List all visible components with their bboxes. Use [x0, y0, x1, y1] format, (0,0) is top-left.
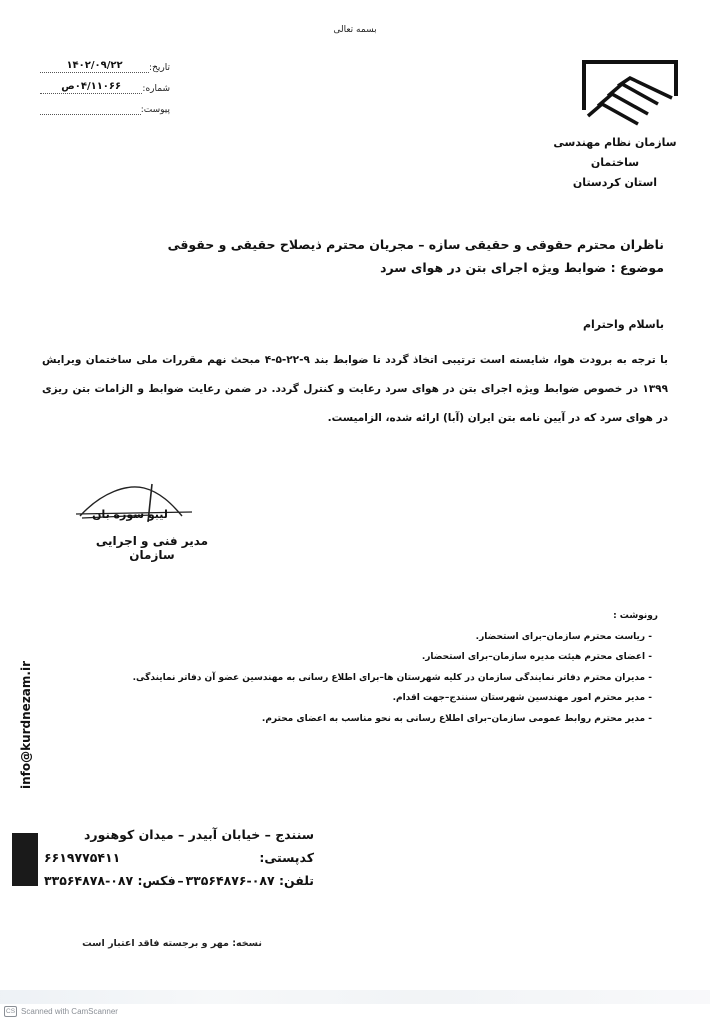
greeting: باسلام واحترام — [583, 318, 664, 331]
address-text: سنندج – خیابان آبیدر – میدان کوهنورد — [84, 823, 314, 846]
postal-label: کدپستی: — [259, 846, 314, 869]
camscanner-text: Scanned with CamScanner — [21, 1007, 118, 1016]
camscanner-watermark: CS Scanned with CamScanner — [4, 1006, 118, 1017]
signer-title: مدیر فنی و اجرایی سازمان — [72, 534, 232, 562]
fax-number: ۰۸۷-۳۳۵۶۴۸۷۸ — [44, 873, 133, 888]
camscanner-icon: CS — [4, 1006, 17, 1017]
organization-name: سازمان نظام مهندسی ساختمان استان کردستان — [540, 133, 690, 193]
meta-attachment: پیوست: — [40, 94, 170, 115]
letter-heading: ناظران محترم حقوقی و حقیقی سازه – مجریان… — [104, 233, 664, 279]
qr-code-icon — [12, 833, 38, 886]
address-line: سنندج – خیابان آبیدر – میدان کوهنورد — [44, 823, 314, 846]
letter-body: با ترجه به برودت هوا، شایسته است ترتیبی … — [42, 346, 668, 433]
meta-number: شماره: ۰۴/۱۱۰۶۶ص — [40, 73, 170, 94]
attachment-value — [40, 113, 141, 115]
meta-date: تاریخ: ۱۴۰۲/۰۹/۲۲ — [40, 52, 170, 73]
cc-item: اعضای محترم هیئت مدیره سازمان–برای استحض… — [198, 647, 658, 668]
footer-address-block: سنندج – خیابان آبیدر – میدان کوهنورد کدپ… — [44, 823, 314, 892]
number-value: ۰۴/۱۱۰۶۶ص — [40, 81, 142, 94]
org-name-line2: استان کردستان — [540, 173, 690, 193]
addressee: ناظران محترم حقوقی و حقیقی سازه – مجریان… — [104, 233, 664, 256]
scan-artifact-band — [0, 990, 710, 1004]
date-value: ۱۴۰۲/۰۹/۲۲ — [40, 60, 149, 73]
postal-code: ۶۶۱۹۷۷۵۴۱۱ — [44, 846, 120, 869]
phone-label: تلفن: — [279, 873, 314, 888]
date-label: تاریخ: — [149, 63, 170, 73]
cc-item: مدیران محترم دفاتر نمایندگی سازمان در کل… — [198, 668, 658, 689]
signer-name: لیبو سوره بان — [70, 508, 190, 521]
carbon-copy-list: رونوشت : ریاست محترم سازمان–برای استحضار… — [198, 606, 658, 729]
building-roof-logo-icon — [580, 58, 680, 130]
subject: موضوع : ضوابط ویژه اجرای بتن در هوای سرد — [104, 256, 664, 279]
fax-label: فکس: — [138, 873, 176, 888]
validity-note: نسخه: مهر و برجسته فاقد اعتبار است — [72, 938, 272, 949]
cc-item: مدیر محترم امور مهندسین شهرستان سنندج–جه… — [198, 688, 658, 709]
cc-item: مدیر محترم روابط عمومی سازمان–برای اطلاع… — [198, 709, 658, 730]
org-name-line1: سازمان نظام مهندسی ساختمان — [540, 133, 690, 173]
cc-heading: رونوشت : — [198, 606, 658, 627]
contact-email: info@kurdnezam.ir — [19, 645, 33, 805]
phone-fax-line: تلفن: ۰۸۷-۳۳۵۶۴۸۷۶ – فکس: ۰۸۷-۳۳۵۶۴۸۷۸ — [44, 869, 314, 892]
postal-line: کدپستی: ۶۶۱۹۷۷۵۴۱۱ — [44, 846, 314, 869]
number-label: شماره: — [142, 84, 170, 94]
cc-item: ریاست محترم سازمان–برای استحضار. — [198, 627, 658, 648]
phone-number: ۰۸۷-۳۳۵۶۴۸۷۶ — [185, 873, 274, 888]
letter-meta: تاریخ: ۱۴۰۲/۰۹/۲۲ شماره: ۰۴/۱۱۰۶۶ص پیوست… — [40, 52, 170, 115]
invocation-header: بسمه تعالی — [300, 25, 410, 35]
attachment-label: پیوست: — [141, 105, 170, 115]
